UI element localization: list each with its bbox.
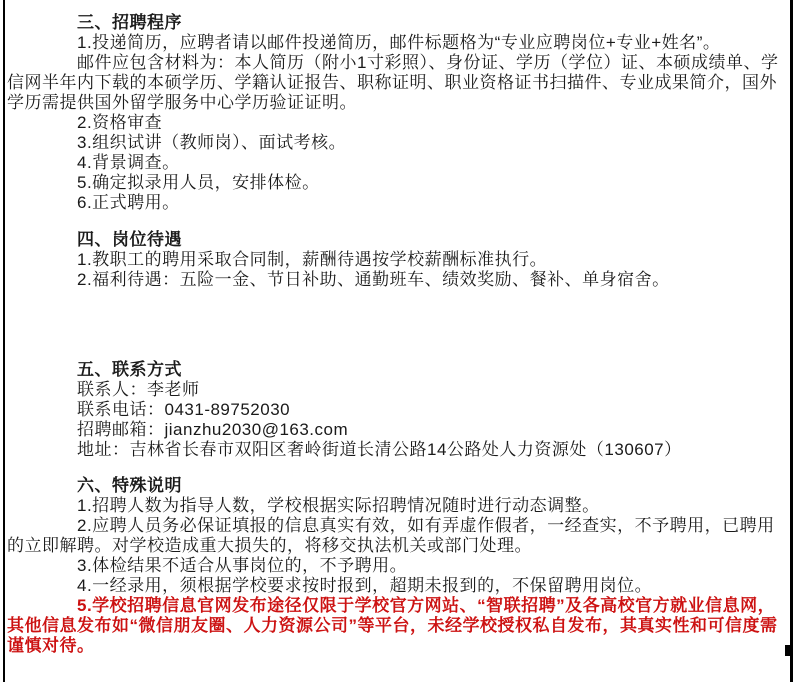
- paragraph: 2.资格审查: [7, 113, 783, 133]
- right-border-line: [790, 0, 793, 682]
- document-body: 三、招聘程序 1.投递简历，应聘者请以邮件投递简历，邮件标题格为“专业应聘岗位+…: [7, 0, 783, 656]
- section-heading: 五、联系方式: [7, 360, 783, 380]
- right-border-notch: [785, 645, 791, 656]
- contact-person-line: 联系人：李老师: [7, 380, 783, 400]
- paragraph: 1.招聘人数为指导人数，学校根据实际招聘情况随时进行动态调整。: [7, 496, 783, 516]
- paragraph: 邮件应包含材料为：本人简历（附小1寸彩照）、身份证、学历（学位）证、本硕成绩单、…: [7, 53, 783, 113]
- paragraph: 3.体检结果不适合从事岗位的，不予聘用。: [7, 556, 783, 576]
- section-special-notes: 六、特殊说明 1.招聘人数为指导人数，学校根据实际招聘情况随时进行动态调整。 2…: [7, 476, 783, 656]
- paragraph: 1.投递简历，应聘者请以邮件投递简历，邮件标题格为“专业应聘岗位+专业+姓名”。: [7, 33, 783, 53]
- section-contact-info: 五、联系方式 联系人：李老师 联系电话：0431-89752030 招聘邮箱：j…: [7, 360, 783, 460]
- section-heading: 四、岗位待遇: [7, 230, 783, 250]
- contact-phone-line: 联系电话：0431-89752030: [7, 400, 783, 420]
- paragraph: 4.背景调查。: [7, 153, 783, 173]
- paragraph: 5.确定拟录用人员，安排体检。: [7, 173, 783, 193]
- paragraph: 2.应聘人员务必保证填报的信息真实有效，如有弄虚作假者，一经查实，不予聘用，已聘…: [7, 516, 783, 556]
- paragraph: 6.正式聘用。: [7, 193, 783, 213]
- section-position-benefits: 四、岗位待遇 1.教职工的聘用采取合同制，薪酬待遇按学校薪酬标准执行。 2.福利…: [7, 230, 783, 290]
- section-heading: 三、招聘程序: [7, 13, 783, 33]
- section-recruitment-procedure: 三、招聘程序 1.投递简历，应聘者请以邮件投递简历，邮件标题格为“专业应聘岗位+…: [7, 13, 783, 213]
- paragraph: 1.教职工的聘用采取合同制，薪酬待遇按学校薪酬标准执行。: [7, 250, 783, 270]
- paragraph: 2.福利待遇：五险一金、节日补助、通勤班车、绩效奖励、餐补、单身宿舍。: [7, 270, 783, 290]
- contact-email-line: 招聘邮箱：jianzhu2030@163.com: [7, 420, 783, 440]
- left-border-line: [3, 0, 5, 682]
- paragraph: 4.一经录用，须根据学校要求按时报到，超期未报到的，不保留聘用岗位。: [7, 576, 783, 596]
- contact-address-line: 地址：吉林省长春市双阳区奢岭街道长清公路14公路处人力资源处（130607）: [7, 440, 783, 460]
- paragraph-warning-red: 5.学校招聘信息官网发布途径仅限于学校官方网站、“智联招聘”及各高校官方就业信息…: [7, 596, 783, 656]
- paragraph: 3.组织试讲（教师岗）、面试考核。: [7, 133, 783, 153]
- section-heading: 六、特殊说明: [7, 476, 783, 496]
